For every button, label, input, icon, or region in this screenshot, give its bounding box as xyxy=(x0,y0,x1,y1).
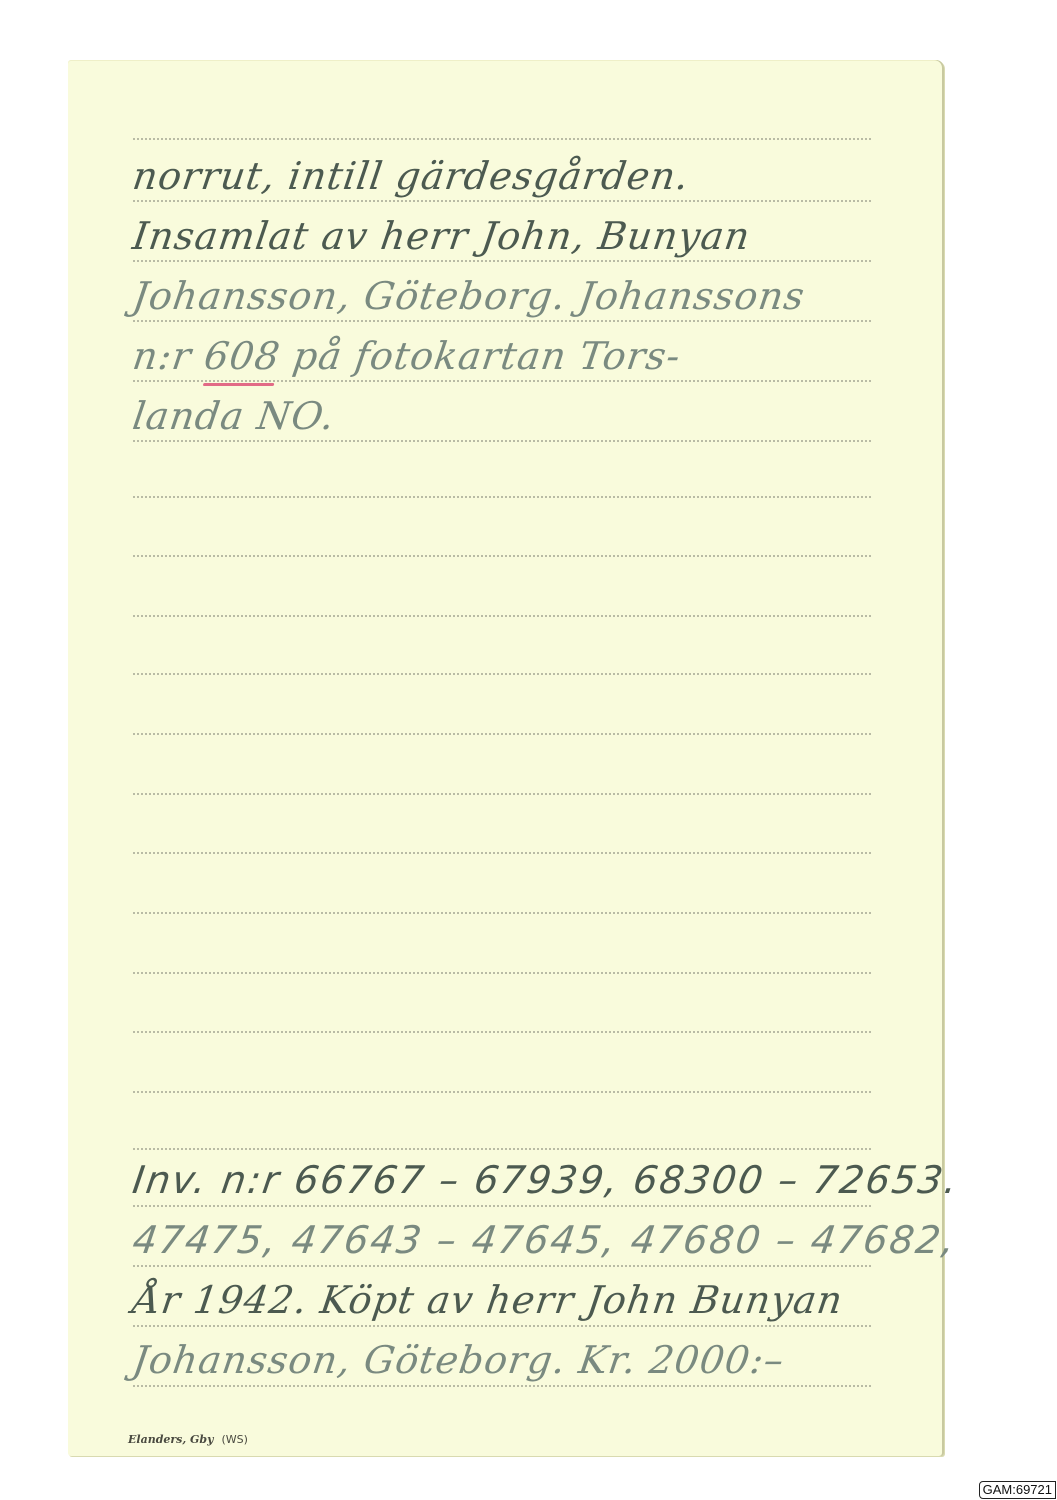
ruled-line xyxy=(133,615,871,617)
ruled-line xyxy=(133,1031,871,1033)
ruled-line xyxy=(133,1385,871,1387)
ruled-line xyxy=(133,138,871,140)
ruled-line xyxy=(133,793,871,795)
inventory-numbers-line-2: 47475, 47643 – 47645, 47680 – 47682, xyxy=(130,1218,959,1262)
archive-id-label: GAM:69721 xyxy=(979,1481,1056,1499)
purchase-line-2: Johansson, Göteborg. Kr. 2000:– xyxy=(130,1338,787,1382)
ruled-line xyxy=(133,555,871,557)
ruled-line xyxy=(133,1325,871,1327)
handwritten-line-3: Johansson, Göteborg. Johanssons xyxy=(130,274,808,318)
handwritten-line-2: Insamlat av herr John, Bunyan xyxy=(130,214,753,258)
ruled-line xyxy=(133,1265,871,1267)
ruled-line xyxy=(133,972,871,974)
ruled-line xyxy=(133,496,871,498)
printer-name: Elanders, Gby xyxy=(128,1433,214,1446)
ruled-line xyxy=(133,200,871,202)
ruled-line xyxy=(133,1205,871,1207)
ruled-line xyxy=(133,912,871,914)
ruled-line xyxy=(133,380,871,382)
ruled-line xyxy=(133,673,871,675)
ruled-line xyxy=(133,440,871,442)
catalog-card: norrut, intill gärdesgården. Insamlat av… xyxy=(68,60,944,1456)
ruled-line xyxy=(133,1148,871,1150)
printer-imprint: Elanders, Gby(WS) xyxy=(128,1433,248,1446)
ruled-line xyxy=(133,320,871,322)
handwritten-line-5: landa NO. xyxy=(130,394,338,438)
purchase-line-1: År 1942. Köpt av herr John Bunyan xyxy=(130,1278,846,1322)
handwritten-line-4: n:r 608 på fotokartan Tors- xyxy=(130,334,684,378)
ruled-line xyxy=(133,852,871,854)
handwritten-line-1: norrut, intill gärdesgården. xyxy=(130,154,692,198)
number-label: n:r xyxy=(130,334,195,378)
ruled-line xyxy=(133,733,871,735)
highlighted-number: 608 xyxy=(202,334,284,378)
map-reference: på fotokartan Tors- xyxy=(290,334,683,378)
printer-code: (WS) xyxy=(222,1433,248,1446)
inventory-numbers-line-1: Inv. n:r 66767 – 67939, 68300 – 72653. xyxy=(130,1158,962,1202)
ruled-line xyxy=(133,1091,871,1093)
ruled-line xyxy=(133,260,871,262)
